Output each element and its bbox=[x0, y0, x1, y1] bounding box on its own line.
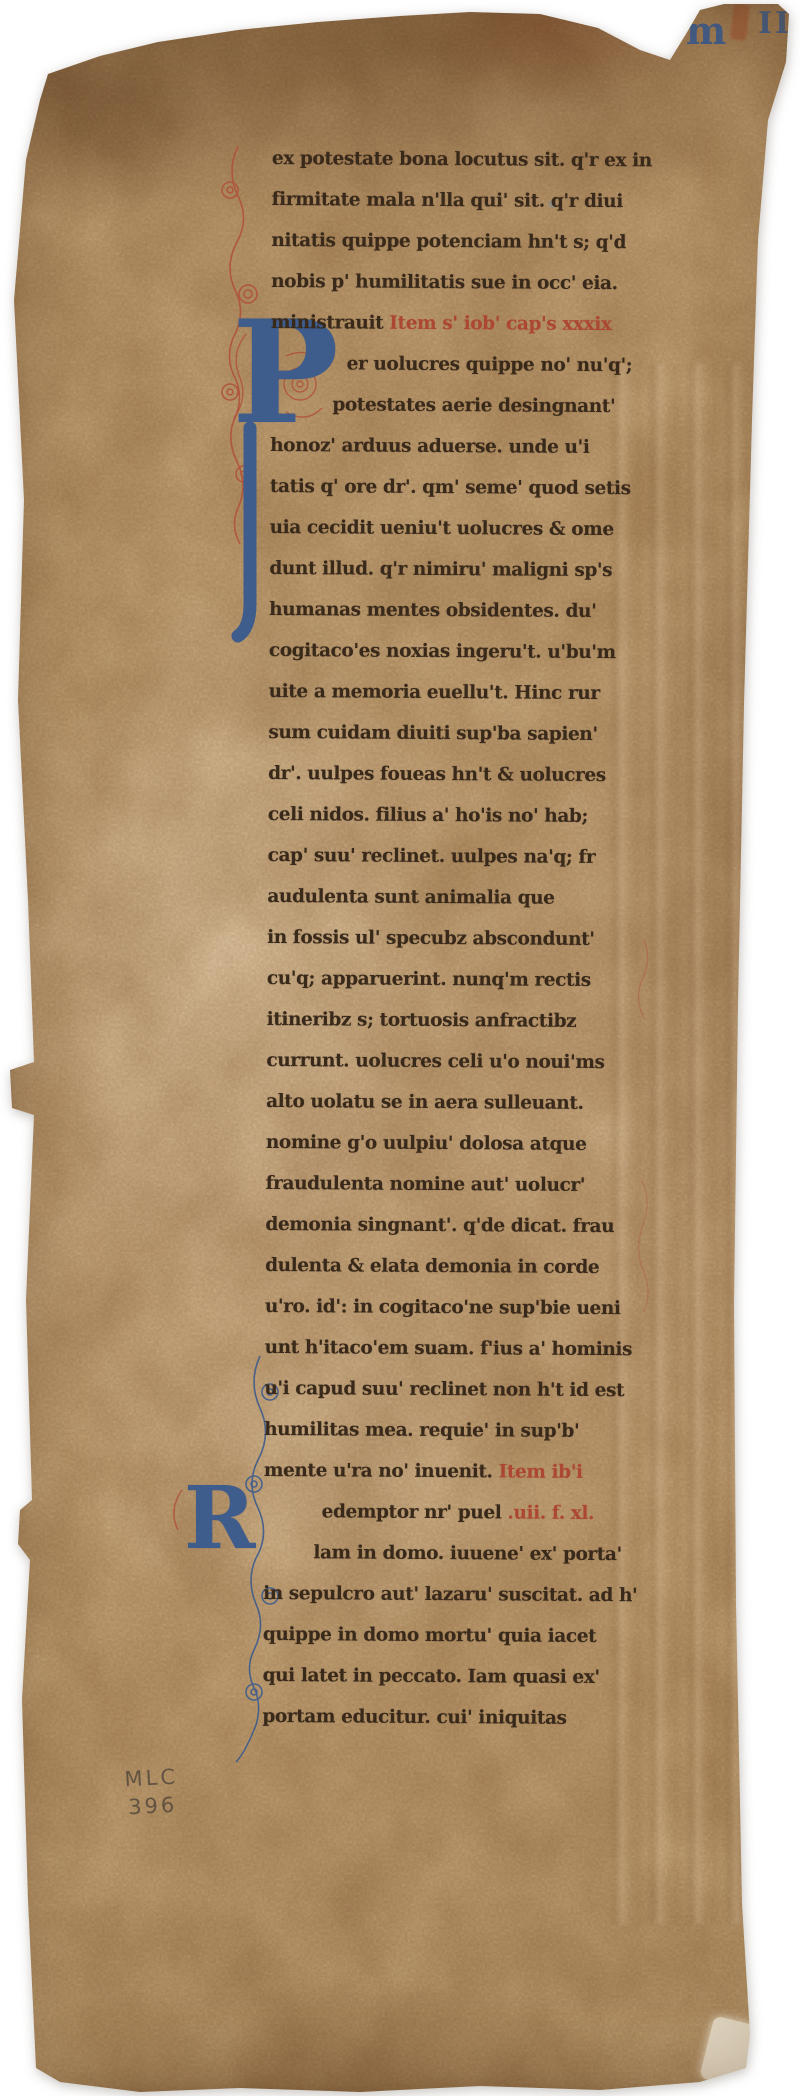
manuscript-text-line: cap' suu' reclinet. uulpes na'q; fr bbox=[267, 835, 627, 878]
manuscript-text-line: qui latet in peccato. Iam quasi ex' bbox=[262, 1655, 622, 1698]
manuscript-text-line: u'i capud suu' reclinet non h't id est bbox=[264, 1368, 624, 1411]
body-text: currunt. uolucres celi u'o noui'ms bbox=[266, 1050, 604, 1073]
parchment-cockling-folds bbox=[608, 364, 758, 1924]
body-text: nobis p' humilitatis sue in occ' eia. bbox=[271, 271, 618, 294]
running-header-left-glyph: m bbox=[686, 8, 726, 53]
body-text: humanas mentes obsidentes. du' bbox=[269, 599, 596, 622]
manuscript-text-line: uia cecidit ueniu't uolucres & ome bbox=[269, 507, 629, 550]
body-text: ex potestate bona locutus sit. q'r ex in bbox=[272, 148, 652, 171]
manuscript-text-line: dulenta & elata demonia in corde bbox=[265, 1245, 625, 1288]
manuscript-text-line: ministrauit Item s' iob' cap's xxxix bbox=[271, 302, 631, 345]
body-text: cu'q; apparuerint. nunq'm rectis bbox=[267, 968, 591, 991]
photograph-background: { "artifact": { "kind": "medieval parchm… bbox=[0, 0, 800, 2096]
body-text: alto uolatu se in aera sulleuant. bbox=[266, 1091, 584, 1114]
manuscript-text-line: cu'q; apparuerint. nunq'm rectis bbox=[267, 958, 627, 1001]
body-text: celi nidos. filius a' ho'is no' hab; bbox=[268, 804, 588, 827]
body-text: portam educitur. cui' iniquitas bbox=[262, 1706, 566, 1729]
body-text: sum cuidam diuiti sup'ba sapien' bbox=[268, 722, 597, 745]
manuscript-text-line: ex potestate bona locutus sit. q'r ex in bbox=[272, 138, 632, 181]
manuscript-text-line: u'ro. id': in cogitaco'ne sup'bie ueni bbox=[265, 1286, 625, 1329]
manuscript-text-line: unt h'itaco'em suam. f'ius a' hominis bbox=[264, 1327, 624, 1370]
manuscript-text-line: nitatis quippe potenciam hn't s; q'd bbox=[271, 220, 631, 263]
manuscript-text-line: potestates aerie desingnant' bbox=[270, 384, 630, 427]
body-text: potestates aerie desingnant' bbox=[332, 394, 615, 417]
body-text: uite a memoria euellu't. Hinc rur bbox=[269, 681, 600, 704]
text-column: ex potestate bona locutus sit. q'r ex in… bbox=[262, 138, 632, 1739]
manuscript-text-line: in fossis ul' specubz abscondunt' bbox=[267, 917, 627, 960]
manuscript-text-line: edemptor nr' puel .uii. f. xl. bbox=[263, 1491, 623, 1534]
leaf-shadow-wrapper: m III bbox=[0, 0, 800, 2096]
manuscript-text-line: quippe in domo mortu' quia iacet bbox=[263, 1614, 623, 1657]
manuscript-text-line: er uolucres quippe no' nu'q'; bbox=[270, 343, 630, 386]
manuscript-text-line: itineribz s; tortuosis anfractibz bbox=[266, 999, 626, 1042]
body-text: honoz' arduus aduerse. unde u'i bbox=[270, 435, 589, 458]
illuminated-initial-R: R bbox=[184, 1476, 255, 1562]
running-header-numeral: III bbox=[758, 6, 800, 41]
manuscript-text-line: lam in domo. iuuene' ex' porta' bbox=[263, 1532, 623, 1575]
initial-r-filigree bbox=[174, 1490, 182, 1530]
body-text: dunt illud. q'r nimiru' maligni sp's bbox=[269, 558, 612, 581]
repair-patch bbox=[699, 2015, 775, 2092]
body-text: qui latet in peccato. Iam quasi ex' bbox=[263, 1665, 600, 1688]
body-text: lam in domo. iuuene' ex' porta' bbox=[313, 1542, 622, 1565]
body-text: firmitate mala n'lla qui' sit. q'r diui bbox=[272, 189, 623, 212]
body-text: in fossis ul' specubz abscondunt' bbox=[267, 927, 595, 950]
body-text: in sepulcro aut' lazaru' suscitat. ad h' bbox=[263, 1583, 637, 1606]
body-text: dulenta & elata demonia in corde bbox=[265, 1255, 599, 1278]
body-text: fraudulenta nomine aut' uolucr' bbox=[266, 1173, 586, 1196]
manuscript-text-line: celi nidos. filius a' ho'is no' hab; bbox=[268, 794, 628, 837]
body-text: u'ro. id': in cogitaco'ne sup'bie ueni bbox=[265, 1296, 621, 1319]
pencil-shelfmark: MLC 396 bbox=[111, 1762, 194, 1822]
manuscript-text-line: tatis q' ore dr'. qm' seme' quod setis bbox=[270, 466, 630, 509]
body-text: mente u'ra no' inuenit. bbox=[264, 1460, 499, 1482]
manuscript-text-line: alto uolatu se in aera sulleuant. bbox=[266, 1081, 626, 1124]
body-text: humilitas mea. requie' in sup'b' bbox=[264, 1419, 579, 1442]
manuscript-text-line: mente u'ra no' inuenit. Item ib'i bbox=[264, 1450, 624, 1493]
manuscript-text-line: audulenta sunt animalia que bbox=[267, 876, 627, 919]
manuscript-text-line: sum cuidam diuiti sup'ba sapien' bbox=[268, 712, 628, 755]
body-text: audulenta sunt animalia que bbox=[267, 886, 554, 909]
initial-p-descender bbox=[238, 428, 250, 636]
body-text: quippe in domo mortu' quia iacet bbox=[263, 1624, 597, 1647]
body-text: dr'. uulpes foueas hn't & uolucres bbox=[268, 763, 606, 786]
body-text: itineribz s; tortuosis anfractibz bbox=[267, 1009, 577, 1032]
body-text: edemptor nr' puel bbox=[322, 1501, 508, 1523]
body-text: demonia singnant'. q'de dicat. frau bbox=[265, 1214, 614, 1237]
body-text: cap' suu' reclinet. uulpes na'q; fr bbox=[268, 845, 596, 868]
body-text: ministrauit bbox=[271, 312, 390, 334]
rubric-text: .uii. f. xl. bbox=[507, 1502, 594, 1524]
manuscript-text-line: nomine g'o uulpiu' dolosa atque bbox=[266, 1122, 626, 1165]
body-text: u'i capud suu' reclinet non h't id est bbox=[264, 1378, 624, 1401]
manuscript-text-line: in sepulcro aut' lazaru' suscitat. ad h' bbox=[263, 1573, 623, 1616]
manuscript-text-line: portam educitur. cui' iniquitas bbox=[262, 1696, 622, 1739]
body-text: uia cecidit ueniu't uolucres & ome bbox=[270, 517, 614, 540]
manuscript-text-line: fraudulenta nomine aut' uolucr' bbox=[265, 1163, 625, 1206]
manuscript-text-line: dunt illud. q'r nimiru' maligni sp's bbox=[269, 548, 629, 591]
manuscript-text-line: dr'. uulpes foueas hn't & uolucres bbox=[268, 753, 628, 796]
manuscript-text-line: uite a memoria euellu't. Hinc rur bbox=[268, 671, 628, 714]
manuscript-text-line: cogitaco'es noxias ingeru't. u'bu'm bbox=[269, 630, 629, 673]
body-text: unt h'itaco'em suam. f'ius a' hominis bbox=[265, 1337, 633, 1360]
manuscript-text-line: demonia singnant'. q'de dicat. frau bbox=[265, 1204, 625, 1247]
manuscript-text-line: honoz' arduus aduerse. unde u'i bbox=[270, 425, 630, 468]
manuscript-text-line: nobis p' humilitatis sue in occ' eia. bbox=[271, 261, 631, 304]
manuscript-text-line: humilitas mea. requie' in sup'b' bbox=[264, 1409, 624, 1452]
body-text: cogitaco'es noxias ingeru't. u'bu'm bbox=[269, 640, 616, 663]
body-text: nitatis quippe potenciam hn't s; q'd bbox=[271, 230, 626, 253]
shelfmark-line2: 396 bbox=[112, 1790, 193, 1822]
faint-red-marginalia bbox=[638, 940, 648, 1312]
rubric-text: Item ib'i bbox=[499, 1461, 583, 1483]
rubric-text: Item s' iob' cap's xxxix bbox=[389, 313, 611, 335]
manuscript-text-line: humanas mentes obsidentes. du' bbox=[269, 589, 629, 632]
body-text: nomine g'o uulpiu' dolosa atque bbox=[266, 1132, 587, 1155]
red-stain-mark bbox=[730, 3, 750, 40]
shelfmark-line1: MLC bbox=[111, 1762, 192, 1794]
body-text: er uolucres quippe no' nu'q'; bbox=[347, 353, 633, 376]
manuscript-text-line: currunt. uolucres celi u'o noui'ms bbox=[266, 1040, 626, 1083]
manuscript-text-line: firmitate mala n'lla qui' sit. q'r diui bbox=[271, 179, 631, 222]
manuscript-leaf: m III bbox=[8, 4, 792, 2092]
body-text: tatis q' ore dr'. qm' seme' quod setis bbox=[270, 476, 631, 499]
